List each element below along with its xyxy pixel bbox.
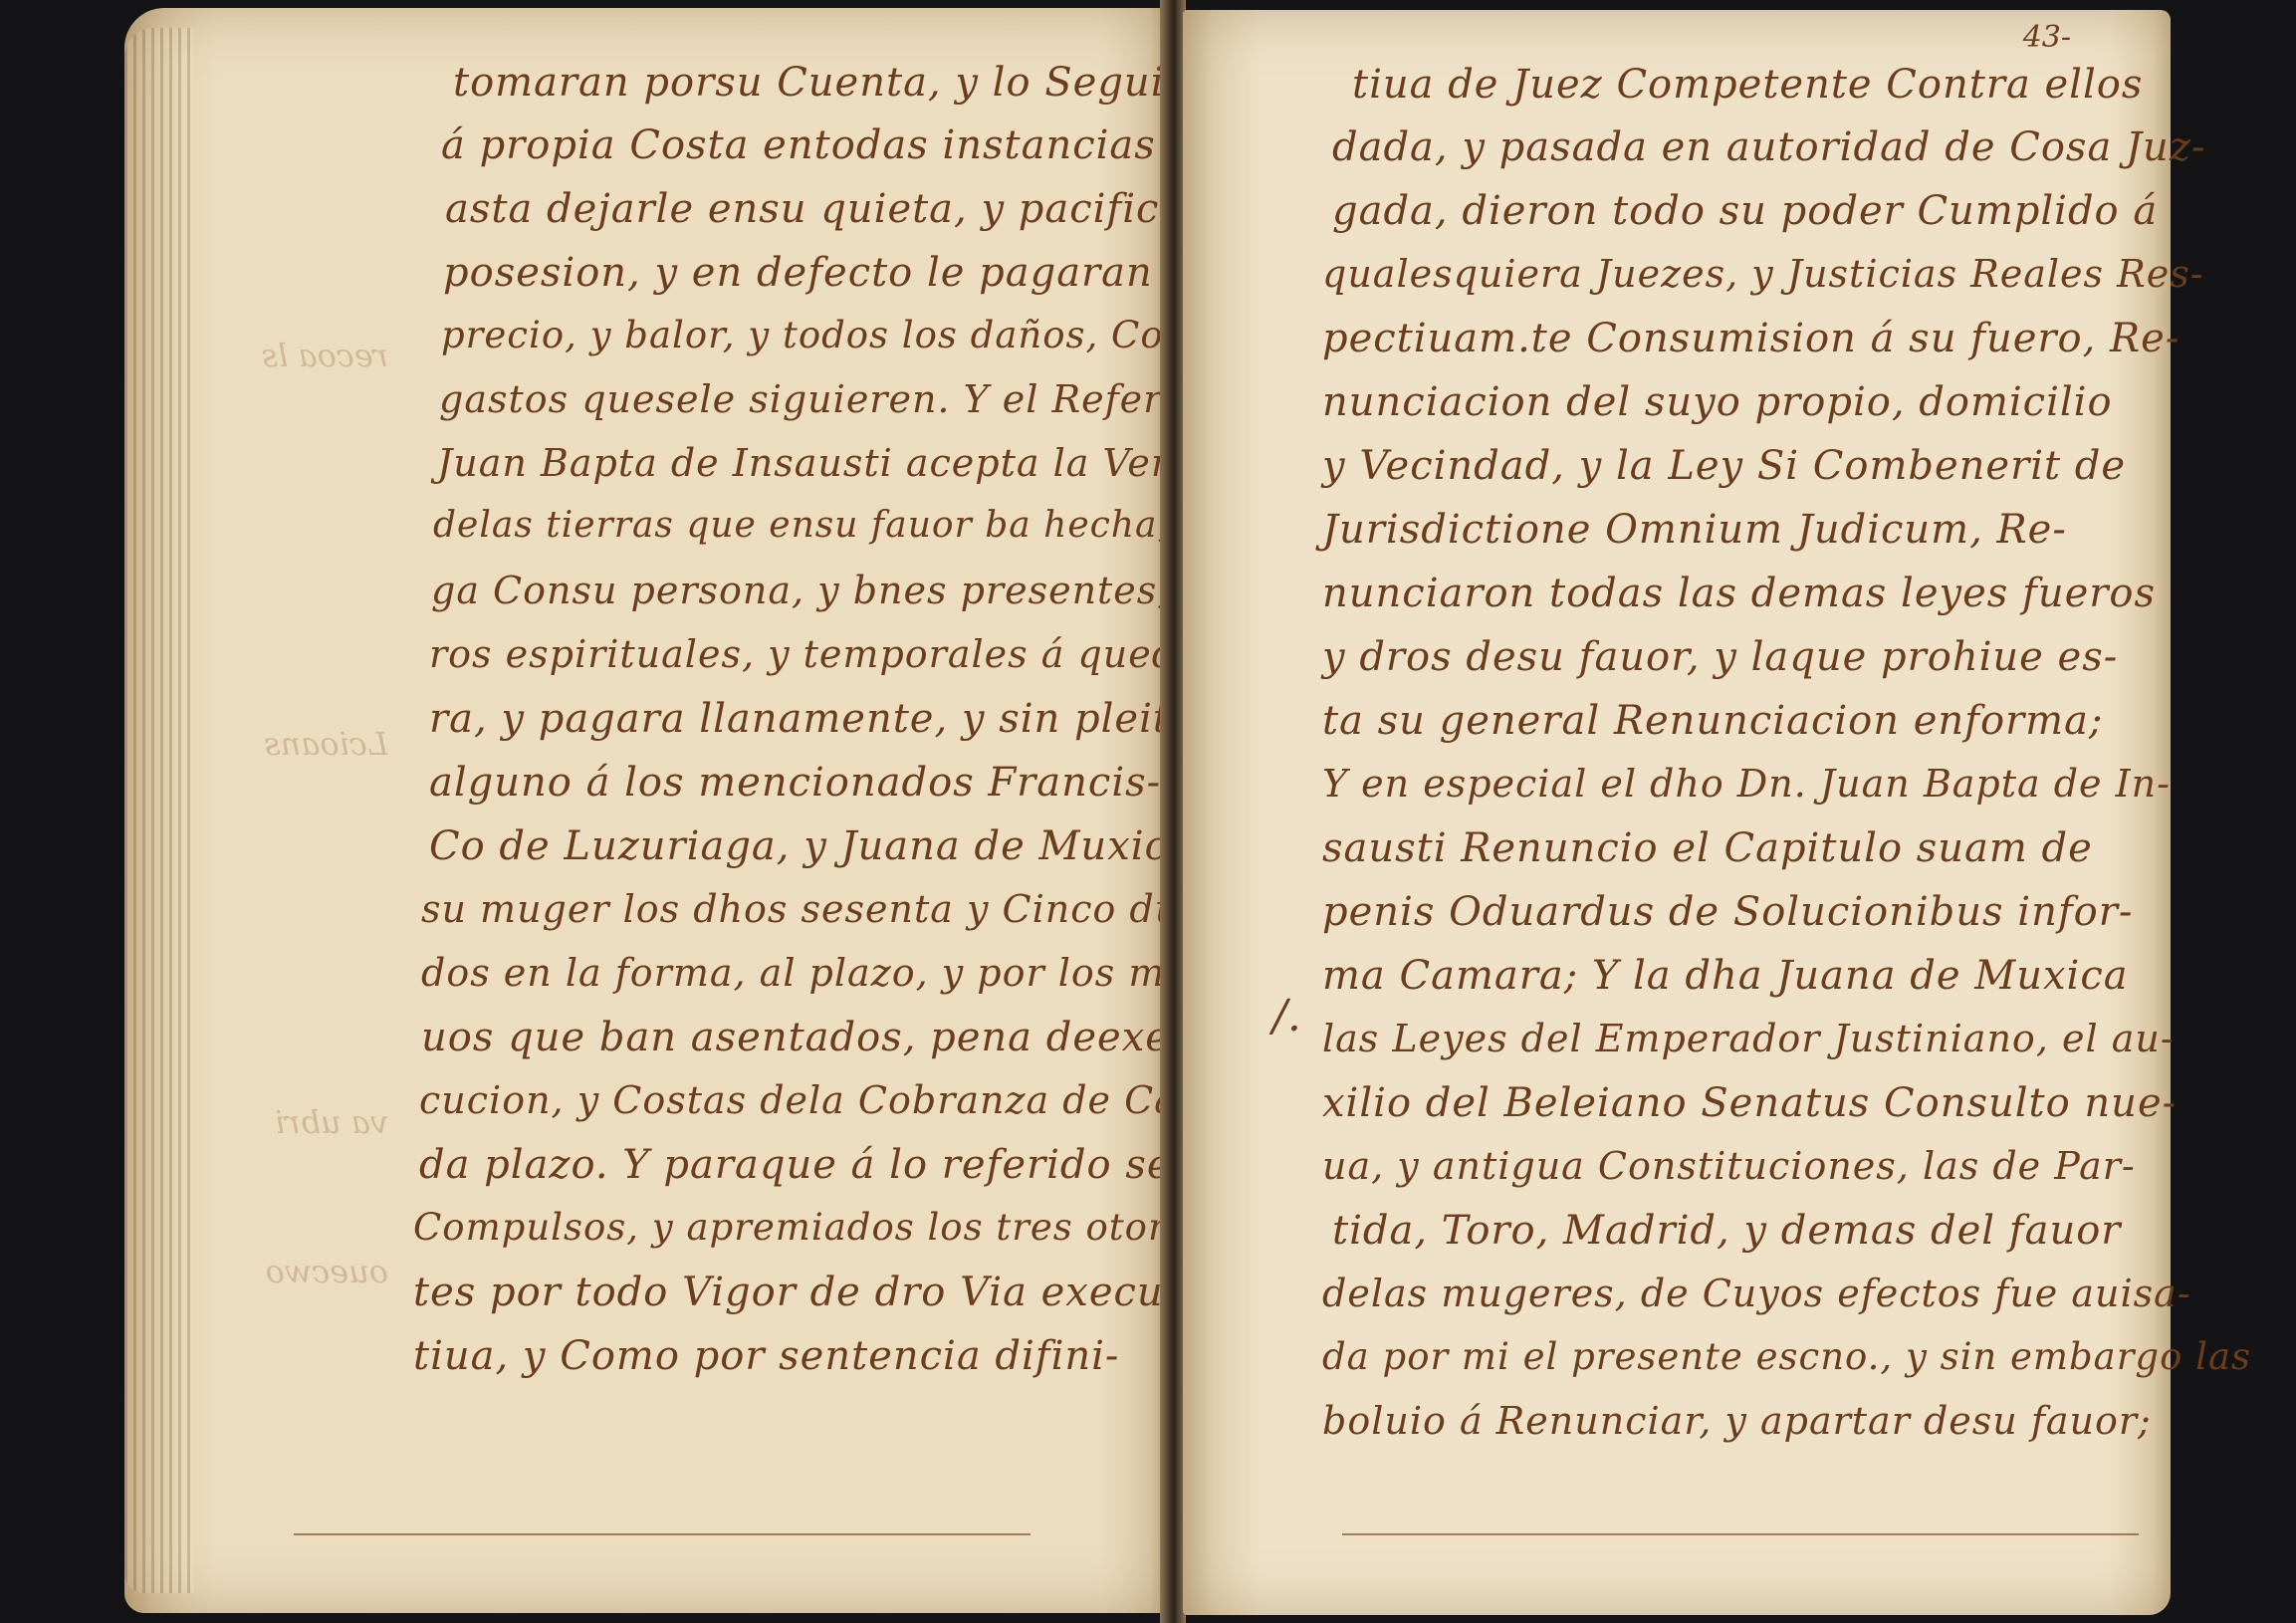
manuscript-line: pectiuam.te Consumision á su fuero, Re- <box>1322 319 2180 358</box>
manuscript-line: ros espirituales, y temporales á queda- <box>429 635 1215 673</box>
manuscript-line: á propia Costa entodas instancias <box>441 125 1156 165</box>
manuscript-line: dos en la forma, al plazo, y por los mot… <box>421 954 1233 992</box>
manuscript-scan: recoa ls Lcioans va ubri ouecwo tomaran … <box>0 0 2296 1623</box>
left-page-deckled-edge <box>124 28 194 1593</box>
folio-number: 43- <box>2023 20 2071 55</box>
manuscript-line: penis Oduardus de Solucionibus infor- <box>1322 892 2133 932</box>
manuscript-line: su muger los dhos sesenta y Cinco duca- <box>421 890 1240 928</box>
closing-rule <box>1342 1533 2139 1535</box>
manuscript-line: da por mi el presente escno., y sin emba… <box>1322 1338 2251 1375</box>
right-page: 43- /. tiua de Juez Competente Contra el… <box>1183 10 2171 1615</box>
bleed-through-text: va ubri <box>209 1103 388 1141</box>
manuscript-line: tida, Toro, Madrid, y demas del fauor <box>1332 1211 2121 1251</box>
manuscript-line: Jurisdictione Omnium Judicum, Re- <box>1322 510 2067 550</box>
manuscript-line: alguno á los mencionados Francis- <box>429 763 1161 803</box>
manuscript-line: tomaran porsu Cuenta, y lo Seguiran <box>453 63 1236 103</box>
manuscript-line: qualesquiera Juezes, y Justicias Reales … <box>1322 255 2204 293</box>
margin-mark: /. <box>1272 991 1301 1042</box>
manuscript-line: posesion, y en defecto le pagaran su <box>443 253 1215 293</box>
manuscript-line: ta su general Renunciacion enforma; <box>1322 701 2103 741</box>
manuscript-line: las Leyes del Emperador Justiniano, el a… <box>1322 1020 2175 1057</box>
manuscript-line: nunciacion del suyo propio, domicilio <box>1322 382 2113 422</box>
bleed-through-text: recoa ls <box>209 337 388 374</box>
manuscript-line: tes por todo Vigor de dro Via execu- <box>413 1273 1178 1312</box>
bleed-through-text: ouecwo <box>209 1253 388 1290</box>
manuscript-line: gada, dieron todo su poder Cumplido á <box>1332 191 2158 231</box>
manuscript-line: Juan Bapta de Insausti acepta la Venta <box>437 444 1216 482</box>
manuscript-line: Y en especial el dho Dn. Juan Bapta de I… <box>1322 765 2171 803</box>
bleed-through-text: Lcioans <box>209 725 388 763</box>
manuscript-line: Co de Luzuriaga, y Juana de Muxica <box>429 826 1193 866</box>
manuscript-line: y dros desu fauor, y laque prohiue es- <box>1322 637 2118 677</box>
manuscript-line: boluio á Renunciar, y apartar desu fauor… <box>1322 1402 2152 1440</box>
manuscript-line: dada, y pasada en autoridad de Cosa Juz- <box>1332 127 2205 167</box>
manuscript-line: uos que ban asentados, pena deexe- <box>421 1018 1184 1057</box>
manuscript-line: delas mugeres, de Cuyos efectos fue auis… <box>1322 1275 2191 1312</box>
manuscript-line: cucion, y Costas dela Cobranza de Ca- <box>419 1081 1192 1119</box>
manuscript-line: xilio del Beleiano Senatus Consulto nue- <box>1322 1083 2177 1123</box>
manuscript-line: tiua, y Como por sentencia difini- <box>413 1336 1119 1376</box>
left-page: recoa ls Lcioans va ubri ouecwo tomaran … <box>124 8 1165 1613</box>
manuscript-line: sausti Renuncio el Capitulo suam de <box>1322 828 2093 868</box>
manuscript-line: da plazo. Y paraque á lo referido sean <box>419 1145 1223 1185</box>
manuscript-line: tiua de Juez Competente Contra ellos <box>1352 65 2143 105</box>
manuscript-line: ra, y pagara llanamente, y sin pleito <box>429 699 1195 739</box>
manuscript-line: ma Camara; Y la dha Juana de Muxica <box>1322 956 2129 996</box>
manuscript-line: nunciaron todas las demas leyes fueros <box>1322 574 2156 613</box>
closing-rule <box>294 1533 1031 1535</box>
manuscript-line: Compulsos, y apremiados los tres otorgan… <box>413 1209 1253 1246</box>
manuscript-line: ua, y antigua Constituciones, las de Par… <box>1322 1147 2136 1185</box>
manuscript-line: asta dejarle ensu quieta, y pacifica <box>445 189 1184 229</box>
manuscript-line: y Vecindad, y la Ley Si Combenerit de <box>1322 446 2126 486</box>
